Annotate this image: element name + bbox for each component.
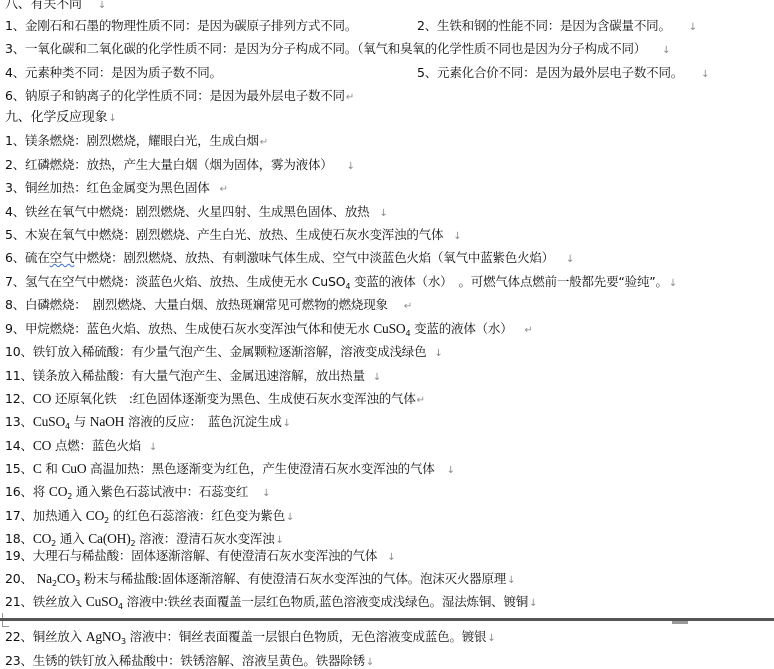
chemical-formula: CO: [57, 571, 75, 586]
chemical-formula: Ca(OH): [88, 531, 130, 546]
chemical-formula: CuSO: [33, 414, 65, 429]
spellcheck-squiggle[interactable]: 空气: [50, 250, 75, 265]
paragraph-mark-icon: ↵: [260, 137, 268, 148]
line-break-mark-icon: ↓: [453, 231, 461, 242]
list-item: 13、CuSO4 与 NaOH 溶液的反应： 蓝色沉淀生成↓: [5, 414, 291, 432]
item-text: 15、: [5, 461, 33, 476]
chemical-formula: NaOH: [90, 414, 124, 429]
item-text: 21、铁丝放入: [5, 594, 86, 609]
chemical-formula: CO: [49, 484, 67, 499]
item-text: 2、生铁和钢的性能不同：是因为含碳量不同。: [417, 18, 671, 33]
line-break-mark-icon: ↓: [347, 161, 355, 172]
paragraph-mark-icon: ↵: [417, 395, 425, 406]
list-item: 2、红磷燃烧：放热，产生大量白烟（烟为固体，雾为液体）↓: [5, 157, 355, 175]
list-item: 23、生锈的铁钉放入稀盐酸中：铁锈溶解、溶液呈黄色。铁器除锈↓: [5, 653, 374, 669]
paragraph-mark-icon: ↵: [525, 325, 533, 336]
item-text: 1、镁条燃烧：剧烈燃烧，耀眼白光，生成白烟: [5, 133, 259, 148]
item-text: 16、将: [5, 484, 49, 499]
list-item: 11、镁条放入稀盐酸：有大量气泡产生、金属迅速溶解，放出热量↓: [5, 368, 381, 386]
item-text: 变蓝的液体（水） 。可燃气体点燃前一般都先要“验纯”。: [350, 274, 668, 289]
line-break-mark-icon: ↓: [379, 208, 387, 219]
item-text: 1、金刚石和石墨的物理性质不同：是因为碳原子排列方式不同。: [5, 18, 357, 33]
item-text: 粉末与稀盐酸:固体逐渐溶解、有使澄清石灰水变浑浊的气体。泡沫灭火器原理: [80, 571, 506, 586]
line-break-mark-icon: ↓: [487, 633, 495, 644]
item-text: 变蓝的液体（水）: [410, 321, 512, 336]
line-break-mark-icon: ↓: [387, 552, 395, 563]
item-text: 中燃烧：剧烈燃烧、放热、有刺激味气体生成、空气中淡蓝色火焰（氧气中蓝紫色火焰）: [74, 250, 554, 265]
paragraph-mark-icon: ↵: [346, 92, 354, 103]
item-text: 与: [70, 414, 90, 429]
item-text: 点燃：蓝色火焰: [51, 438, 141, 453]
chemical-formula: CO: [86, 508, 104, 523]
section-title-text: 八、有关不同: [5, 0, 82, 12]
item-text: 溶液：澄清石灰水变浑浊: [135, 531, 274, 546]
line-break-mark-icon: ↓: [507, 575, 515, 586]
paragraph-mark-icon: ↵: [404, 301, 412, 312]
chemical-formula: CO: [33, 531, 51, 546]
chemical-formula: CO: [33, 391, 51, 406]
item-text: 14、: [5, 438, 33, 453]
line-break-mark-icon: ↓: [566, 254, 574, 265]
list-item: 21、铁丝放入 CuSO4 溶液中:铁丝表面覆盖一层红色物质,蓝色溶液变成浅绿色…: [5, 594, 537, 612]
list-item: 16、将 CO2 通入紫色石蕊试液中：石蕊变红↓: [5, 484, 270, 502]
item-text: 2、红磷燃烧：放热，产生大量白烟（烟为固体，雾为液体）: [5, 157, 333, 172]
chemical-formula: Na: [37, 571, 52, 586]
chemical-formula: AgNO: [86, 629, 121, 644]
paragraph-mark-icon: ↵: [220, 184, 228, 195]
list-item: 5、木炭在氧气中燃烧：剧烈燃烧、产生白光、放热、生成使石灰水变浑浊的气体↓: [5, 227, 461, 245]
list-item: 12、CO 还原氧化铁 :红色固体逐渐变为黑色、生成使石灰水变浑浊的气体↵: [5, 391, 425, 409]
item-text: 4、铁丝在氧气中燃烧：剧烈燃烧、火星四射、生成黑色固体、放热: [5, 204, 369, 219]
item-text: 溶液中:铁丝表面覆盖一层红色物质,蓝色溶液变成浅绿色。湿法炼铜、镀铜: [123, 594, 528, 609]
chemical-formula: CuSO: [373, 321, 405, 336]
item-text: 19、大理石与稀盐酸：固体逐渐溶解、有使澄清石灰水变浑浊的气体: [5, 548, 377, 563]
line-break-mark-icon: ↓: [447, 465, 455, 476]
item-text: 18、: [5, 531, 33, 546]
page-break-handle[interactable]: [672, 621, 688, 624]
item-text: 22、铜丝放入: [5, 629, 86, 644]
item-text: 通入紫色石蕊试液中：石蕊变红: [72, 484, 248, 499]
chemical-formula: CO: [33, 438, 51, 453]
line-break-mark-icon: ↓: [662, 45, 670, 56]
item-text: 和: [42, 461, 62, 476]
line-break-mark-icon: ↓: [275, 535, 283, 546]
section-8-title: 八、有关不同↓: [5, 0, 106, 14]
line-break-mark-icon: ↓: [366, 657, 374, 668]
item-text: 6、硫在: [5, 250, 50, 265]
line-break-mark-icon: ↓: [98, 0, 106, 11]
item-text: 8、白磷燃烧： 剧烈燃烧、大量白烟、放热斑斓常见可燃物的燃烧现象: [5, 297, 388, 312]
line-break-mark-icon: ↓: [529, 598, 537, 609]
section-title-text: 九、化学反应现象: [5, 110, 107, 125]
line-break-mark-icon: ↓: [283, 418, 291, 429]
list-item: 14、CO 点燃：蓝色火焰↓: [5, 438, 157, 456]
list-item: 15、C 和 CuO 高温加热：黑色逐渐变为红色，产生使澄清石灰水变浑浊的气体↓: [5, 461, 455, 479]
item-text: 11、镁条放入稀盐酸：有大量气泡产生、金属迅速溶解，放出热量: [5, 368, 365, 383]
list-item: 20、 Na2CO3 粉末与稀盐酸:固体逐渐溶解、有使澄清石灰水变浑浊的气体。泡…: [5, 571, 515, 589]
list-item: 17、加热通入 CO2 的红色石蕊溶液：红色变为紫色↓: [5, 508, 294, 526]
list-item: 18、CO2 通入 Ca(OH)2 溶液：澄清石灰水变浑浊↓: [5, 531, 284, 549]
line-break-mark-icon: ↓: [669, 278, 677, 289]
item-text: 20、: [5, 571, 37, 586]
line-break-mark-icon: ↓: [262, 488, 270, 499]
line-break-mark-icon: ↓: [108, 113, 116, 124]
item-text: 17、加热通入: [5, 508, 86, 523]
item-text: 溶液中：铜丝表面覆盖一层银白色物质，无色溶液变成蓝色。镀银: [126, 629, 486, 644]
line-break-mark-icon: ↓: [701, 69, 709, 80]
list-item: 6、硫在空气中燃烧：剧烈燃烧、放热、有刺激味气体生成、空气中淡蓝色火焰（氧气中蓝…: [5, 250, 574, 268]
chemical-formula: CuO: [61, 461, 86, 476]
item-text: 通入: [56, 531, 88, 546]
page-break-divider: [0, 618, 774, 621]
item-text: 6、钠原子和钠离子的化学性质不同：是因为最外层电子数不同: [5, 88, 345, 103]
list-item: 22、铜丝放入 AgNO3 溶液中：铜丝表面覆盖一层银白色物质，无色溶液变成蓝色…: [5, 629, 496, 647]
list-item: 2、生铁和钢的性能不同：是因为含碳量不同。↓: [417, 18, 697, 36]
item-text: 溶液的反应： 蓝色沉淀生成: [124, 414, 281, 429]
line-break-mark-icon: ↓: [373, 372, 381, 383]
list-item: 8、白磷燃烧： 剧烈燃烧、大量白烟、放热斑斓常见可燃物的燃烧现象↵: [5, 297, 412, 315]
line-break-mark-icon: ↓: [149, 442, 157, 453]
chemical-formula: C: [33, 461, 42, 476]
list-item: 1、镁条燃烧：剧烈燃烧，耀眼白光，生成白烟↵: [5, 133, 268, 151]
line-break-mark-icon: ↓: [689, 22, 697, 33]
list-item: 10、铁钉放入稀硫酸：有少量气泡产生、金属颗粒逐渐溶解，溶液变成浅绿色↓: [5, 344, 443, 362]
list-item: 4、元素种类不同：是因为质子数不同。 5、元素化合价不同：是因为最外层电子数不同…: [5, 65, 222, 81]
item-text: 还原氧化铁 :红色固体逐渐变为黑色、生成使石灰水变浑浊的气体: [51, 391, 416, 406]
item-text: 高温加热：黑色逐渐变为红色，产生使澄清石灰水变浑浊的气体: [86, 461, 434, 476]
item-text: 的红色石蕊溶液：红色变为紫色: [109, 508, 285, 523]
item-text: 4、元素种类不同：是因为质子数不同。: [5, 65, 222, 80]
list-item: 3、铜丝加热：红色金属变为黑色固体↵: [5, 180, 228, 198]
line-break-mark-icon: ↓: [286, 512, 294, 523]
list-item: 3、一氧化碳和二氧化碳的化学性质不同：是因为分子构成不同。（氧气和臭氧的化学性质…: [5, 41, 670, 59]
item-text: 3、一氧化碳和二氧化碳的化学性质不同：是因为分子构成不同。（氧气和臭氧的化学性质…: [5, 41, 646, 56]
list-item: 7、氢气在空气中燃烧：淡蓝色火焰、放热、生成使无水 CuSO4 变蓝的液体（水）…: [5, 274, 677, 292]
list-item: 4、铁丝在氧气中燃烧：剧烈燃烧、火星四射、生成黑色固体、放热↓: [5, 204, 388, 222]
line-break-mark-icon: ↓: [434, 348, 442, 359]
section-9-title: 九、化学反应现象↓: [5, 110, 117, 127]
item-text: 7、氢气在空气中燃烧：淡蓝色火焰、放热、生成使无水 CuSO: [5, 274, 345, 289]
item-text: 3、铜丝加热：红色金属变为黑色固体: [5, 180, 210, 195]
list-item: 6、钠原子和钠离子的化学性质不同：是因为最外层电子数不同↵: [5, 88, 354, 106]
list-item: 5、元素化合价不同：是因为最外层电子数不同。↓: [417, 65, 709, 83]
list-item: 9、甲烷燃烧：蓝色火焰、放热、生成使石灰水变浑浊气体和使无水 CuSO4 变蓝的…: [5, 321, 533, 339]
item-text: 10、铁钉放入稀硫酸：有少量气泡产生、金属颗粒逐渐溶解，溶液变成浅绿色: [5, 344, 426, 359]
list-item: 19、大理石与稀盐酸：固体逐渐溶解、有使澄清石灰水变浑浊的气体↓: [5, 548, 395, 566]
item-text: 23、生锈的铁钉放入稀盐酸中：铁锈溶解、溶液呈黄色。铁器除锈: [5, 653, 365, 668]
list-item: 1、金刚石和石墨的物理性质不同：是因为碳原子排列方式不同。 2、生铁和钢的性能不…: [5, 18, 357, 34]
item-text: 13、: [5, 414, 33, 429]
item-text: 9、甲烷燃烧：蓝色火焰、放热、生成使石灰水变浑浊气体和使无水: [5, 321, 373, 336]
item-text: 5、元素化合价不同：是因为最外层电子数不同。: [417, 65, 683, 80]
item-text: 12、: [5, 391, 33, 406]
item-text: 5、木炭在氧气中燃烧：剧烈燃烧、产生白光、放热、生成使石灰水变浑浊的气体: [5, 227, 443, 242]
chemical-formula: CuSO: [86, 594, 118, 609]
